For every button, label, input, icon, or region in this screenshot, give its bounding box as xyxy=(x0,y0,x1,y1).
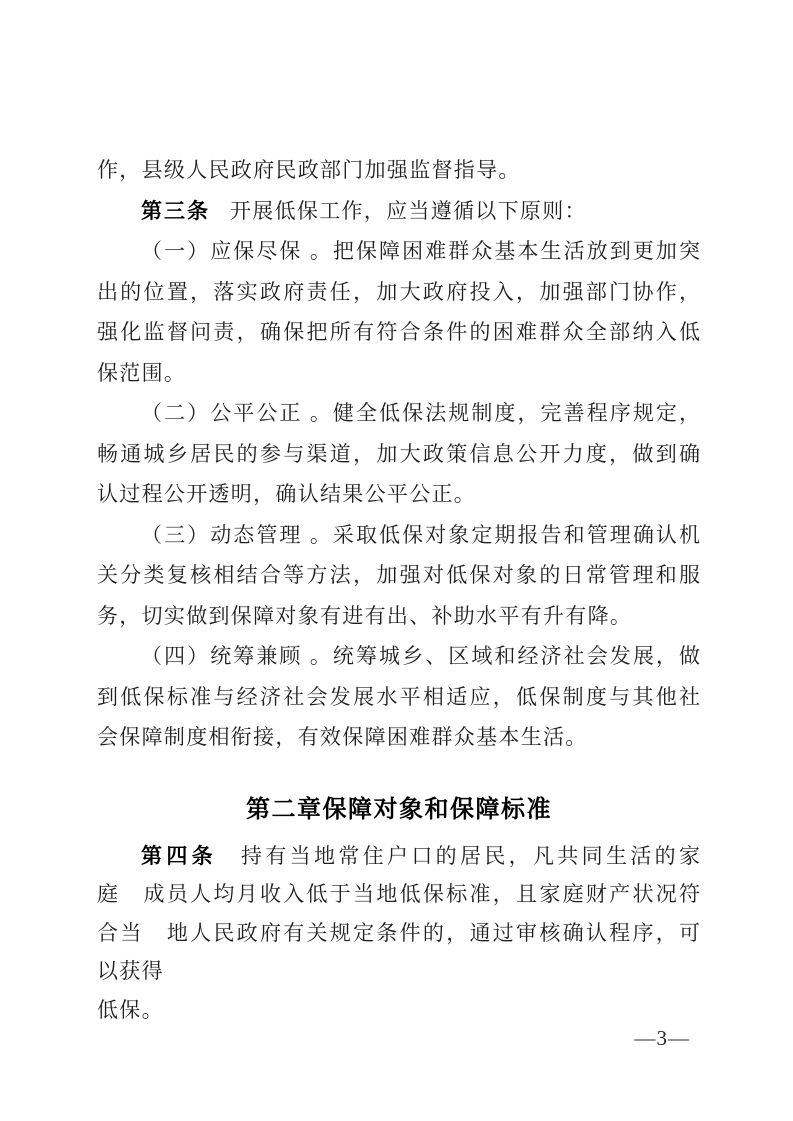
article-4-line: 合当 地人民政府有关规定条件的，通过审核确认程序，可 xyxy=(97,914,701,953)
principle-1-line: （一）应保尽保 。把保障困难群众基本生活放到更加突 xyxy=(97,231,701,272)
document-body: 作，县级人民政府民政部门加强监督指导。 第三条开展低保工作，应当遵循以下原则： … xyxy=(97,150,701,1029)
document-page: 作，县级人民政府民政部门加强监督指导。 第三条开展低保工作，应当遵循以下原则： … xyxy=(0,0,793,1121)
principle-1-line: 强化监督问责，确保把所有符合条件的困难群众全部纳入低 xyxy=(97,312,701,353)
article-4-line: 低保。 xyxy=(97,991,701,1030)
article-3-opening-line: 第三条开展低保工作，应当遵循以下原则： xyxy=(97,191,701,232)
principle-3-line: 关分类复核相结合等方法，加强对低保对象的日常管理和服 xyxy=(97,555,701,596)
article-4-opening-line: 第四条持有当地常住户口的居民，凡共同生活的家 xyxy=(97,837,701,876)
principle-1-line: 出的位置，落实政府责任，加大政府投入，加强部门协作， xyxy=(97,272,701,313)
article-3-text: 开展低保工作，应当遵循以下原则： xyxy=(230,199,587,223)
chapter2-text-block: 第四条持有当地常住户口的居民，凡共同生活的家 庭 成员人均月收入低于当地低保标准… xyxy=(97,837,701,1030)
article-4-line: 以获得 xyxy=(97,952,701,991)
article-4-line: 庭 成员人均月收入低于当地低保标准，且家庭财产状况符 xyxy=(97,875,701,914)
article-3-label: 第三条 xyxy=(141,200,210,223)
page-number: —3— xyxy=(635,1026,691,1051)
principle-2-line: 畅通城乡居民的参与渠道，加大政策信息公开力度，做到确 xyxy=(97,434,701,475)
principle-3-line: 务，切实做到保障对象有进有出、补助水平有升有降。 xyxy=(97,596,701,637)
text-line: 作，县级人民政府民政部门加强监督指导。 xyxy=(97,150,701,191)
principle-3-line: （三）动态管理 。采取低保对象定期报告和管理确认机 xyxy=(97,515,701,556)
principle-4-line: （四）统筹兼顾 。统筹城乡、区域和经济社会发展，做 xyxy=(97,636,701,677)
principle-4-line: 会保障制度相衔接，有效保障困难群众基本生活。 xyxy=(97,717,701,758)
principle-1-line: 保范围。 xyxy=(97,353,701,394)
chapter-2-heading: 第二章保障对象和保障标准 xyxy=(97,794,701,826)
principle-2-line: （二）公平公正 。健全低保法规制度，完善程序规定， xyxy=(97,393,701,434)
article-4-text: 持有当地常住户口的居民，凡共同生活的家 xyxy=(241,844,701,868)
principle-4-line: 到低保标准与经济社会发展水平相适应，低保制度与其他社 xyxy=(97,677,701,718)
chapter1-text-block: 作，县级人民政府民政部门加强监督指导。 第三条开展低保工作，应当遵循以下原则： … xyxy=(97,150,701,758)
article-4-label: 第四条 xyxy=(141,845,217,868)
principle-2-line: 认过程公开透明，确认结果公平公正。 xyxy=(97,474,701,515)
